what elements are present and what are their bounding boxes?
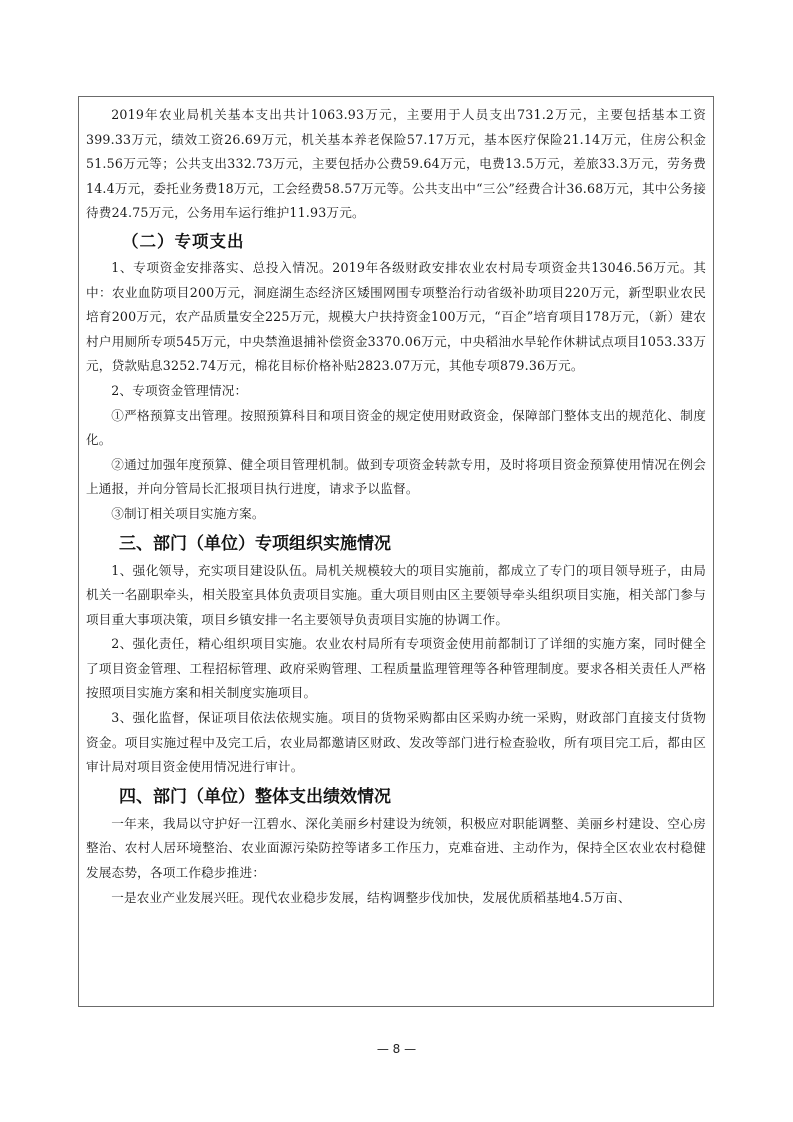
paragraph-supervision: 3、强化监督，保证项目依法依规实施。项目的货物采购都由区采购办统一采购，财政部门… bbox=[86, 706, 706, 780]
paragraph-leadership: 1、强化领导，充实项目建设队伍。局机关规模较大的项目实施前，都成立了专门的项目领… bbox=[86, 559, 706, 633]
paragraph-special-funds-input: 1、专项资金安排落实、总投入情况。2019年各级财政安排农业农村局专项资金共13… bbox=[86, 256, 706, 379]
document-content: 2019年农业局机关基本支出共计1063.93万元，主要用于人员支出731.2万… bbox=[79, 97, 713, 910]
page-number: — 8 — bbox=[0, 1042, 793, 1056]
paragraph-basic-expenditure: 2019年农业局机关基本支出共计1063.93万元，主要用于人员支出731.2万… bbox=[86, 103, 706, 226]
section-heading-four: 四、部门（单位）整体支出绩效情况 bbox=[86, 782, 706, 812]
paragraph-annual-summary: 一年来，我局以守护好一江碧水、深化美丽乡村建设为统领，积极应对职能调整、美丽乡村… bbox=[86, 812, 706, 886]
subheading-special-expenditure: （二）专项支出 bbox=[86, 228, 706, 256]
paragraph-industry-development: 一是农业产业发展兴旺。现代农业稳步发展，结构调整步伐加快，发展优质稻基地4.5万… bbox=[86, 886, 706, 911]
paragraph-management-item-1: ①严格预算支出管理。按照预算科目和项目资金的规定使用财政资金，保障部门整体支出的… bbox=[86, 404, 706, 453]
paragraph-management-item-3: ③制订相关项目实施方案。 bbox=[86, 502, 706, 527]
paragraph-special-funds-management: 2、专项资金管理情况： bbox=[86, 379, 706, 404]
document-frame: 2019年农业局机关基本支出共计1063.93万元，主要用于人员支出731.2万… bbox=[78, 96, 714, 1007]
paragraph-management-item-2: ②通过加强年度预算、健全项目管理机制。做到专项资金转款专用，及时将项目资金预算使… bbox=[86, 453, 706, 502]
section-heading-three: 三、部门（单位）专项组织实施情况 bbox=[86, 529, 706, 559]
paragraph-responsibility: 2、强化责任，精心组织项目实施。农业农村局所有专项资金使用前都制订了详细的实施方… bbox=[86, 632, 706, 706]
